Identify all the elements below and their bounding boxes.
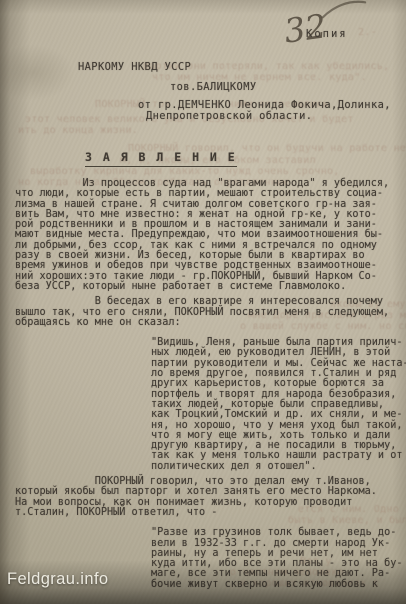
- document-body: З А Я В Л Е Н И Е Из процессов суда над …: [15, 146, 401, 590]
- recipient-line-2: тов.БАЛИЦКОМУ: [170, 81, 257, 93]
- paragraph-3: ПОКОРНЫЙ говорил, что это делал ему т.Ив…: [15, 477, 401, 518]
- quoted-speech-1: "Видишь, Леня, раньше была партия прилич…: [151, 338, 401, 472]
- paragraph-2: В беседах в его квартире я интересовался…: [15, 297, 401, 328]
- watermark: Feldgrau.info: [7, 570, 109, 589]
- copy-label: Копия: [306, 28, 348, 40]
- typed-text-layer: 32 Копия НАРКОМУ НКВД УССР тов.БАЛИЦКОМУ…: [0, 0, 406, 604]
- pen-flourish-stroke: [321, 0, 366, 17]
- paragraph-1: Из процессов суда над "врагами народа" я…: [15, 179, 401, 292]
- quoted-speech-2: "Разве из грузинов толк бывает, ведь до-…: [151, 528, 401, 590]
- document-page: 2.-партии они потеряли, так как убедилис…: [0, 0, 406, 604]
- document-title: З А Я В Л Е Н И Е: [85, 150, 237, 167]
- sender-line-2: Днепропетровской области.: [146, 110, 312, 122]
- recipient-line-1: НАРКОМУ НКВД УССР: [78, 61, 191, 73]
